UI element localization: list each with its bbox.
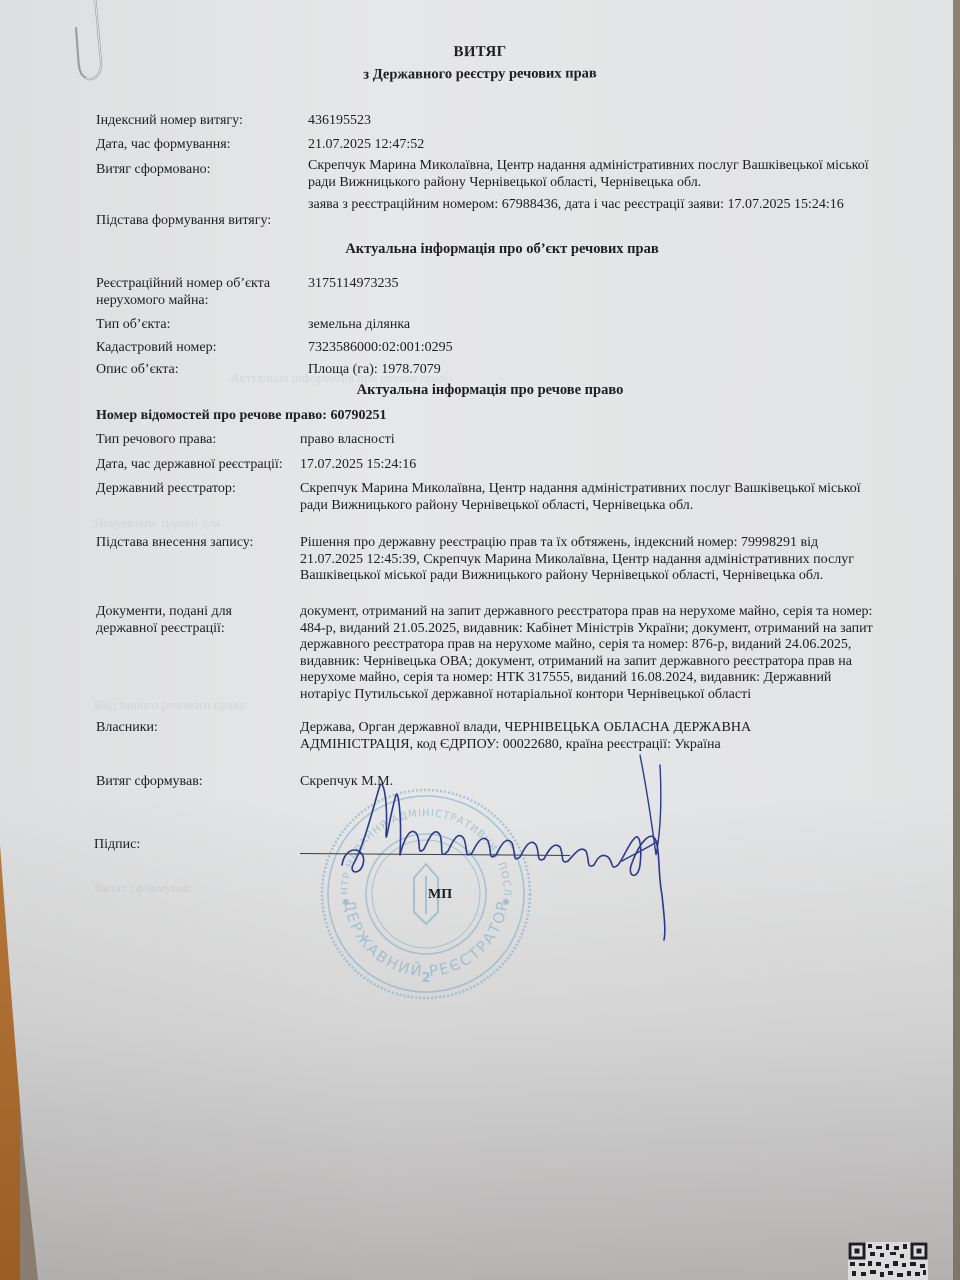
field-value: Рішення про державну реєстрацію прав та …: [300, 535, 880, 585]
signature-label: Підпис:: [94, 837, 294, 854]
field-value: Скрепчук Марина Миколаївна, Центр наданн…: [308, 158, 888, 191]
field-value: 7323586000:02:001:0295: [308, 340, 888, 357]
field-label: Витяг сформував:: [96, 774, 296, 791]
field-label: Власники:: [96, 720, 296, 737]
field-label: Дата, час державної реєстрації:: [96, 457, 306, 474]
seal-placeholder-label: МП: [428, 887, 452, 903]
field-label: Тип об’єкта:: [96, 317, 296, 334]
field-label: Підстава внесення запису:: [96, 535, 296, 552]
handwritten-signature-icon: [340, 745, 680, 945]
field-value: 21.07.2025 12:47:52: [308, 137, 888, 154]
field-value: земельна ділянка: [308, 317, 888, 334]
field-label: Опис об’єкта:: [96, 362, 296, 379]
field-label: Дата, час формування:: [96, 137, 296, 154]
field-value: 436195523: [308, 113, 888, 130]
field-label: Тип речового права:: [96, 432, 296, 449]
bleed-through-text: Витяг сформував:: [94, 880, 193, 896]
section-title-object: Актуальна інформація про об’єкт речових …: [22, 241, 960, 258]
field-label: Витяг сформовано:: [96, 162, 296, 179]
field-value: 3175114973235: [308, 276, 888, 293]
field-value: заява з реєстраційним номером: 67988436,…: [308, 197, 888, 214]
field-value: документ, отриманий на запит державного …: [300, 604, 880, 703]
record-number: Номер відомостей про речове право: 60790…: [96, 408, 386, 424]
field-label: Реєстраційний номер об’єкта нерухомого м…: [96, 276, 296, 309]
background-surface: [952, 0, 960, 1280]
bleed-through-text: Документи, подані для: [94, 515, 220, 531]
field-label: Документи, подані для державної реєстрац…: [96, 604, 266, 637]
field-label: Кадастровий номер:: [96, 340, 296, 357]
field-value: Скрепчук Марина Миколаївна, Центр наданн…: [300, 481, 880, 514]
bleed-through-text: Вид іншого речового права:: [94, 697, 248, 713]
field-value: 17.07.2025 15:24:16: [300, 457, 880, 474]
field-label: Підстава формування витягу:: [96, 213, 296, 230]
field-value: право власності: [300, 432, 880, 449]
section-title-right: Актуальна інформація про речове право: [10, 382, 960, 399]
svg-text:2: 2: [421, 971, 430, 986]
field-label: Індексний номер витягу:: [96, 113, 296, 130]
field-value: Площа (га): 1978.7079: [308, 362, 888, 379]
qr-code-icon: [848, 1242, 928, 1280]
field-label: Державний реєстратор:: [96, 481, 296, 498]
